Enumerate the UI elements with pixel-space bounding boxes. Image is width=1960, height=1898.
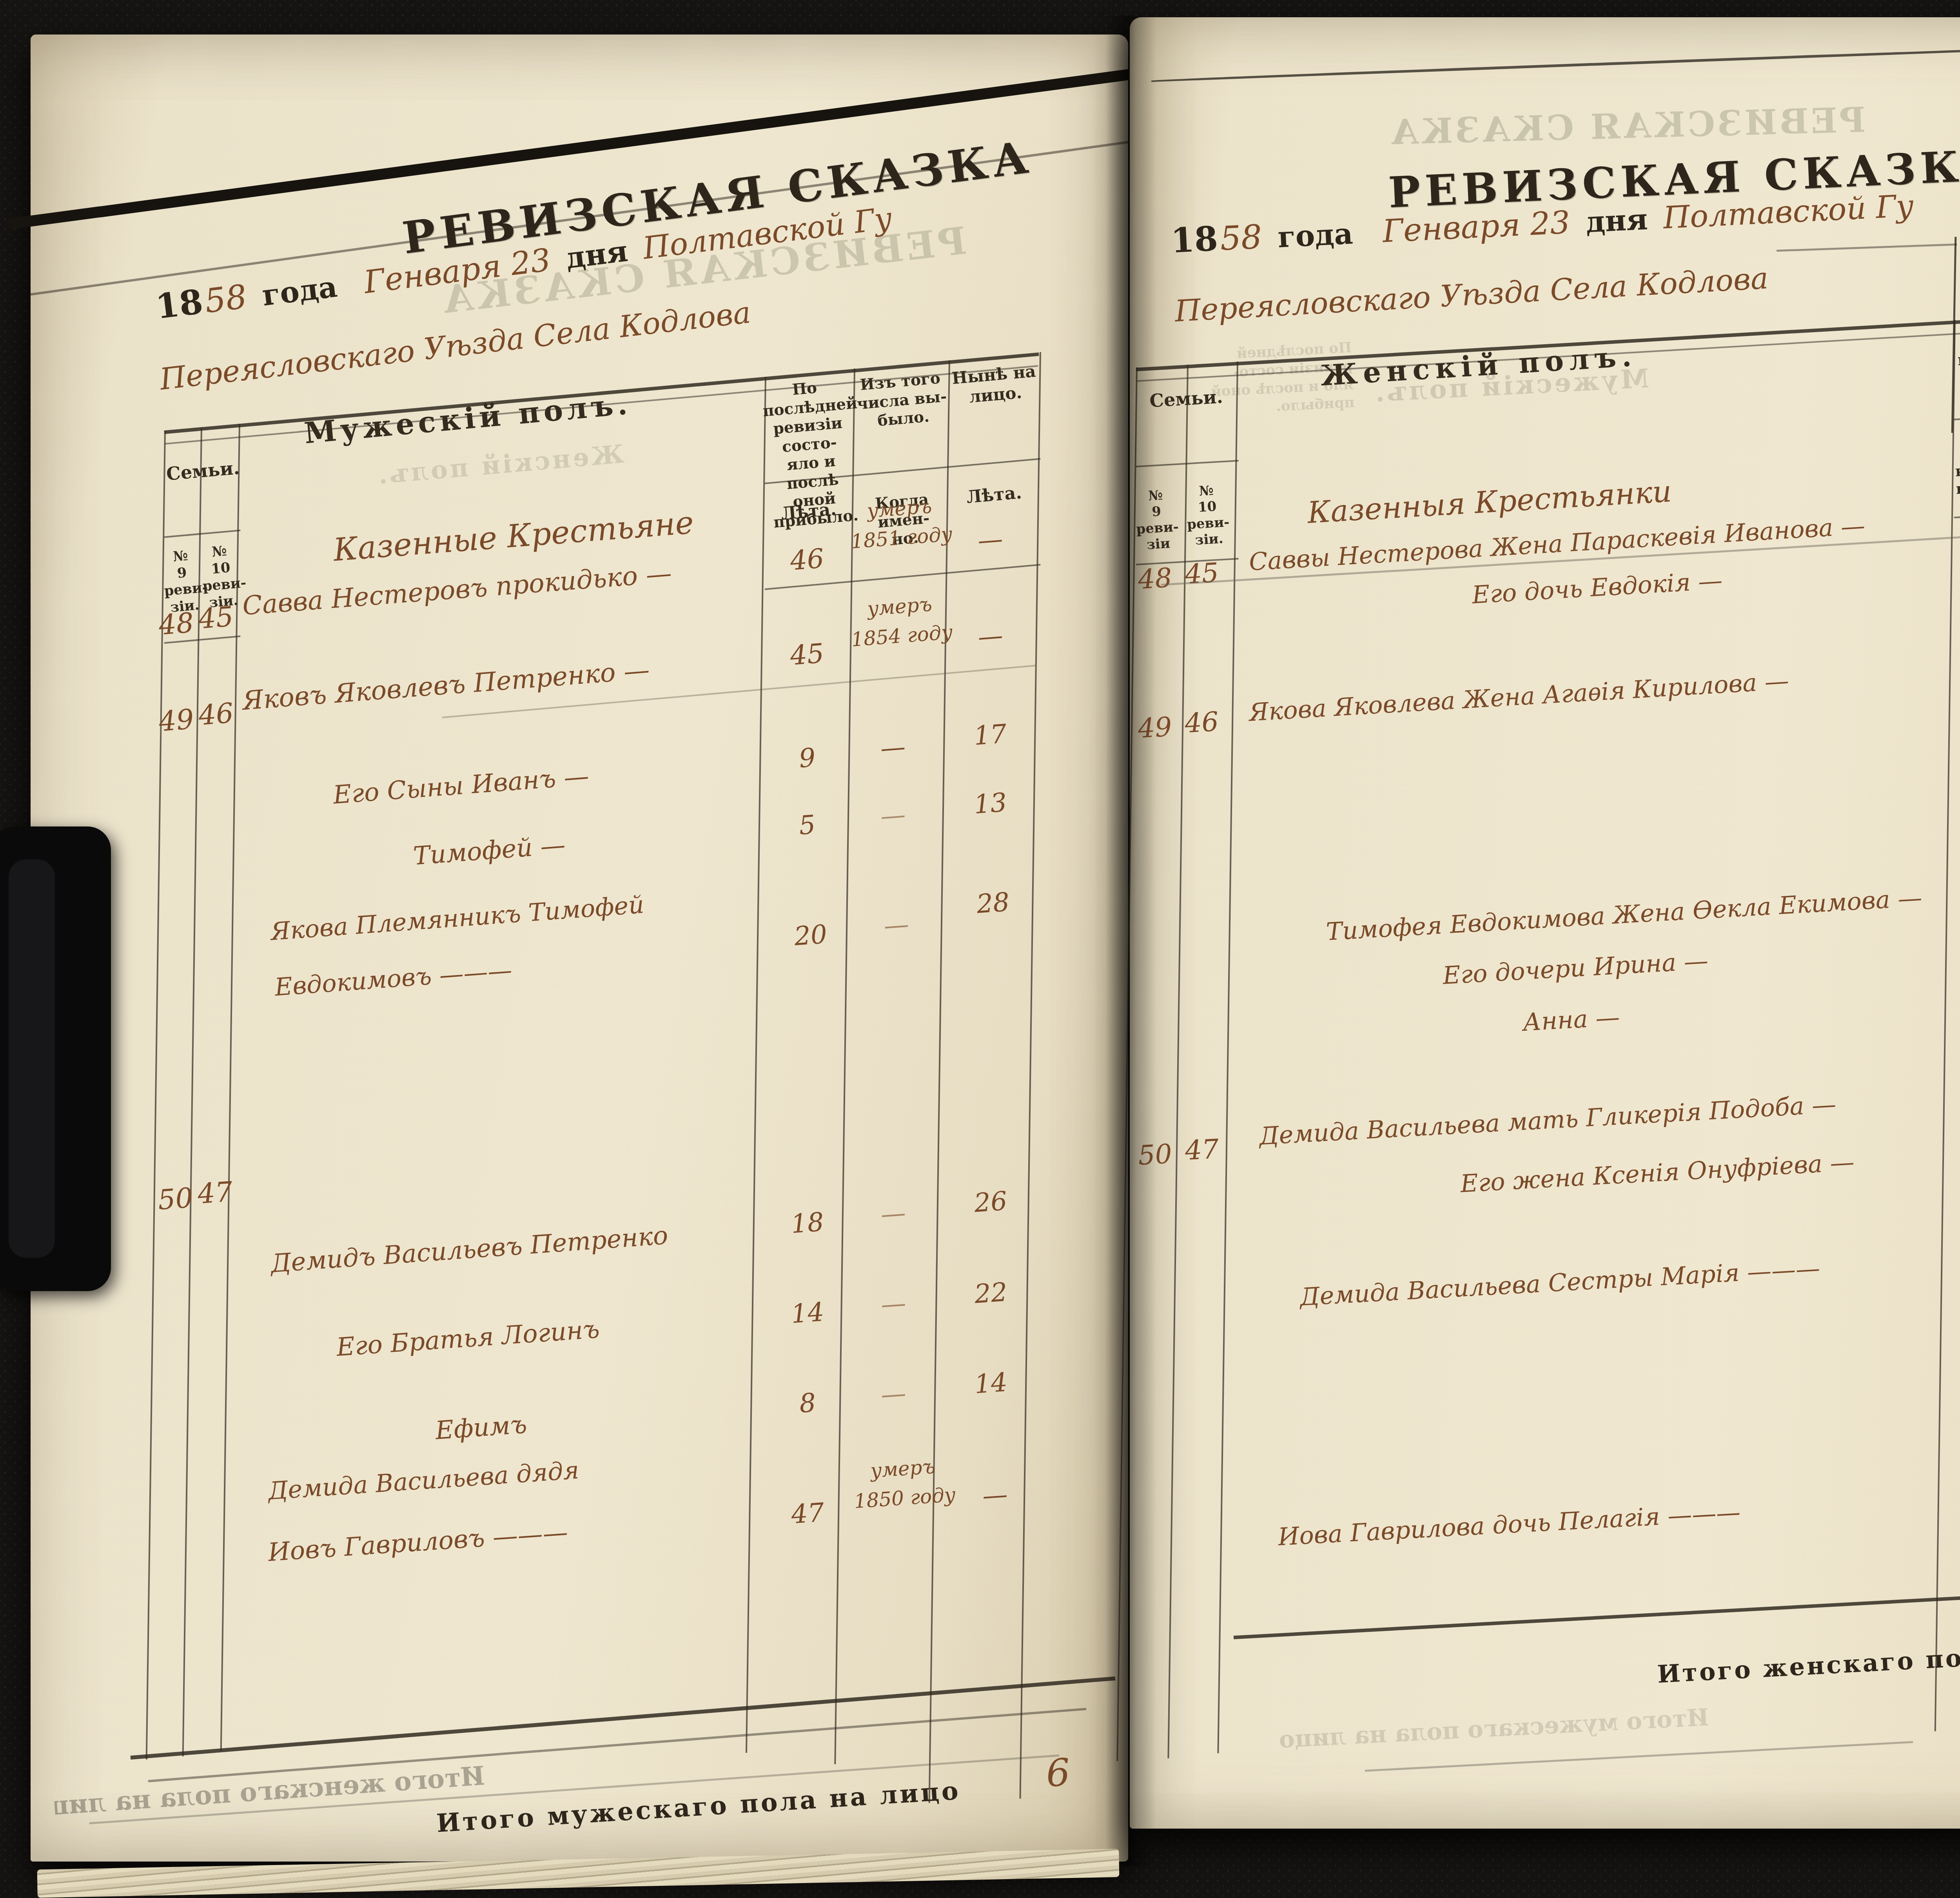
total-label-female: Итого женскаго пола на лицо xyxy=(1657,1634,1960,1689)
total-label-male: Итого мужескаго пола на лицо xyxy=(436,1776,961,1838)
age-last-revision: 47 xyxy=(768,1496,848,1531)
rev10-number: 45 xyxy=(1180,557,1224,590)
age-last-revision: 20 xyxy=(770,917,851,953)
sheet-top-rule xyxy=(1151,46,1960,82)
departed-dash: — xyxy=(853,730,933,765)
printed-dnya: дня xyxy=(564,234,630,276)
total-row-right: Итого женскаго пола на лицо 10 xyxy=(1128,1631,1960,1747)
present-age: 17 xyxy=(950,717,1030,753)
header-families-left: Семьи. xyxy=(165,457,240,485)
right-page: РЕВИЗСКАЯ СКАЗКА Мужескій полъ. По послѣ… xyxy=(1130,17,1960,1829)
header-present-left: Нынѣ на лицо. xyxy=(951,361,1038,409)
ghost-female-header: Женскій полъ. xyxy=(375,439,625,490)
present-age: 14 xyxy=(951,1366,1031,1401)
header-male-gender: Мужескій полъ. xyxy=(281,384,655,453)
age-last-revision: 8 xyxy=(768,1385,848,1421)
rev10-number: 47 xyxy=(1180,1133,1224,1167)
departed-note: умеръ 1850 году xyxy=(851,1451,957,1516)
age-last-revision: 18 xyxy=(767,1205,848,1241)
printed-goda: года xyxy=(260,270,339,313)
rev9-number: 48 xyxy=(154,606,199,641)
header-departed: Изъ того числа вы- было. xyxy=(853,369,950,432)
hand-province: Полтавской Гу xyxy=(1662,188,1915,236)
rev10-number: 45 xyxy=(193,600,239,635)
rev10-number: 47 xyxy=(192,1175,238,1210)
departed-dash: — xyxy=(856,908,936,943)
hand-month-day: Генваря 23 xyxy=(1382,204,1571,249)
printed-year-prefix: 18 xyxy=(1170,219,1219,261)
rev10-number: 46 xyxy=(193,696,239,732)
binder-clip xyxy=(0,826,111,1291)
person-name-line2: Евдокимовъ ——— xyxy=(274,955,513,1001)
hand-year: 58 xyxy=(203,277,249,320)
book-spine-shadow xyxy=(1105,16,1156,1866)
present-age: — xyxy=(950,523,1031,558)
person-name: Тимофея Евдокимова Жена Ѳекла Екимова — xyxy=(1325,883,1923,946)
person-name: Тимофей — xyxy=(412,830,566,871)
table-row: Иова Гаврилова дочь Пелагія ——— 12 xyxy=(1128,1473,1960,1589)
departed-dash: — xyxy=(853,1377,934,1411)
person-name: Ефимъ xyxy=(434,1410,528,1445)
age-last-revision: 45 xyxy=(767,636,847,673)
departed-dash: — xyxy=(853,1287,934,1321)
rev9-number: 49 xyxy=(154,703,199,738)
person-name: Его Братья Логинъ xyxy=(336,1315,601,1362)
rev10-number: 46 xyxy=(1179,706,1224,739)
person-name: Анна — xyxy=(1522,1003,1621,1037)
ghost-title-right: РЕВИЗСКАЯ СКАЗКА xyxy=(1388,99,1866,153)
age-last-revision: 9 xyxy=(767,740,848,776)
table-row: Демида Васильева Сестры Марія ——— 14 xyxy=(1128,1233,1960,1351)
book-scan: РЕВИЗСКАЯ СКАЗКА Женскій полъ. РЕВИЗСКАЯ… xyxy=(0,0,1960,1898)
table-row: 49 46 Якова Яковлева Жена Агаѳія Кирилов… xyxy=(1128,643,1960,764)
group-heading-female: Казенныя Крестьянки xyxy=(1307,474,1673,530)
person-name: Иова Гаврилова дочь Пелагія ——— xyxy=(1277,1498,1741,1551)
present-age: 26 xyxy=(951,1184,1031,1220)
person-name: Яковъ Яковлевъ Петренко — xyxy=(241,655,651,716)
hand-month-day: Генваря 23 xyxy=(362,242,552,301)
place-line-right: Переясловскаго Уѣзда Села Кодлова xyxy=(1174,260,1769,328)
departed-note: умеръ 1851 году xyxy=(848,490,954,557)
age-last-revision: 14 xyxy=(768,1295,848,1331)
present-age: — xyxy=(955,1478,1035,1512)
age-last-revision: 46 xyxy=(767,541,847,578)
present-age: 13 xyxy=(950,785,1031,821)
printed-dnya: дня xyxy=(1585,203,1648,240)
person-name: Демида Васильева Сестры Марія ——— xyxy=(1299,1254,1821,1311)
present-age: — xyxy=(950,619,1031,654)
person-name: Демида Васильева мать Гликерія Подоба — xyxy=(1258,1090,1837,1150)
hand-year: 58 xyxy=(1219,218,1263,258)
departed-dash: — xyxy=(853,798,933,833)
printed-goda: года xyxy=(1277,217,1354,254)
left-page: РЕВИЗСКАЯ СКАЗКА Женскій полъ. РЕВИЗСКАЯ… xyxy=(31,35,1128,1862)
present-age: 28 xyxy=(953,885,1033,921)
printed-year-prefix: 18 xyxy=(154,282,205,327)
rev9-number: 50 xyxy=(153,1181,198,1217)
group-heading-male: Казенные Крестьяне xyxy=(332,504,695,568)
header-female-gender: Женскій полъ. xyxy=(1301,338,1656,394)
departed-dash: — xyxy=(853,1197,933,1231)
person-name: Якова Яковлева Жена Агаѳія Кирилова — xyxy=(1248,666,1790,727)
present-age: 22 xyxy=(951,1275,1031,1311)
age-last-revision: 5 xyxy=(767,807,848,843)
person-name: Его Сыны Иванъ — xyxy=(332,762,590,810)
departed-note: умеръ 1854 году xyxy=(848,588,954,655)
stamp-frame-line-h xyxy=(1777,243,1957,252)
